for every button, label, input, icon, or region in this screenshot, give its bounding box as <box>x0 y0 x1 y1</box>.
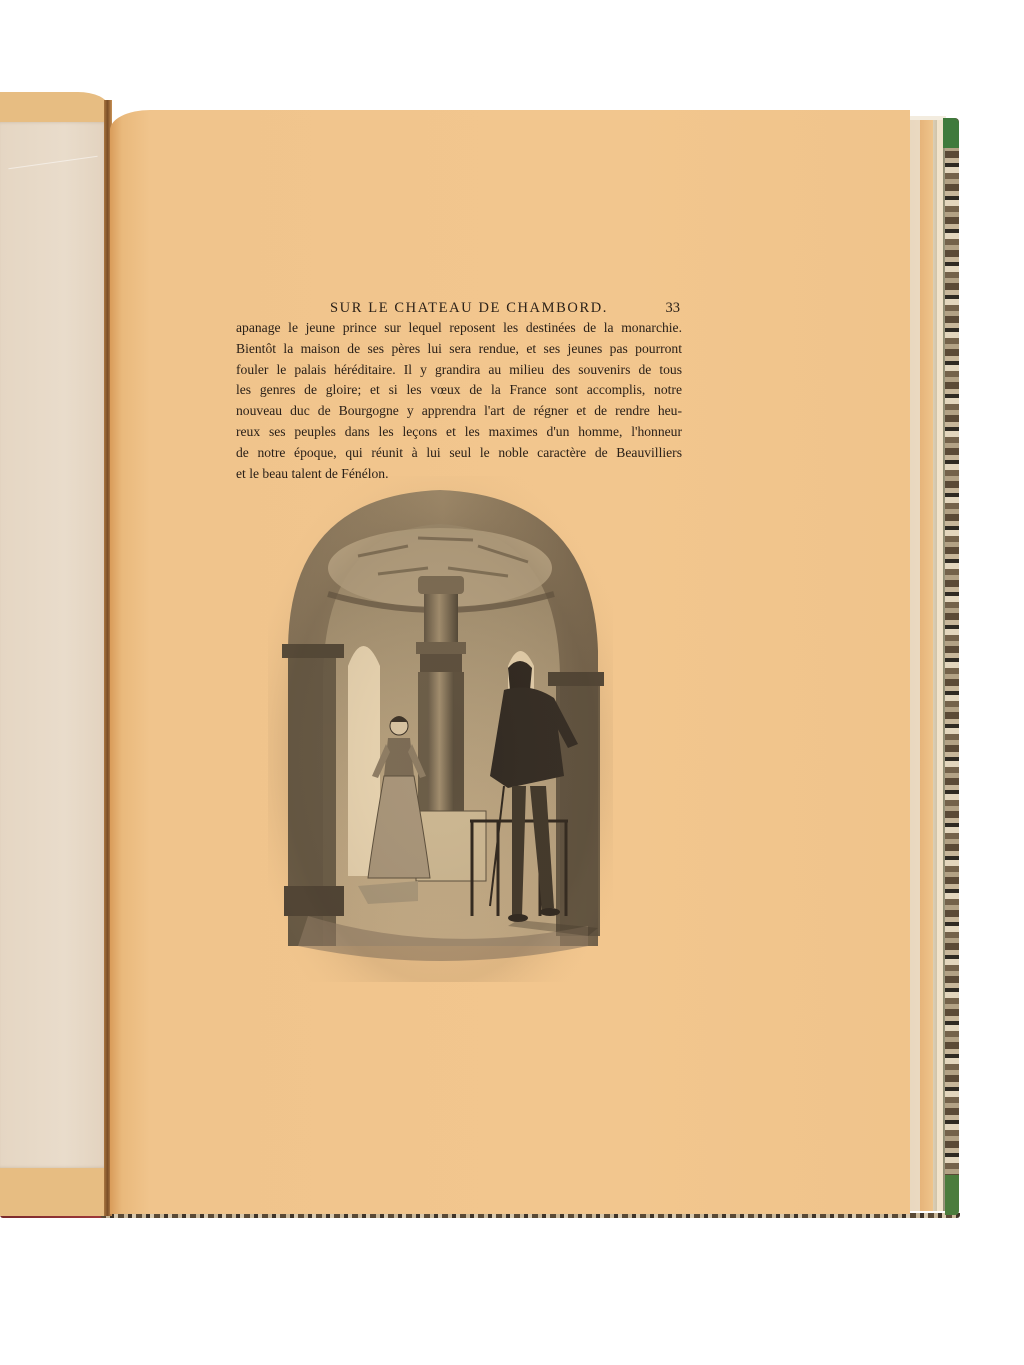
text-line: fouler le palais héréditaire. Il y grand… <box>236 360 682 381</box>
cover-corner-bottom <box>945 1175 959 1215</box>
text-line: les genres de gloire; et si les vœux de … <box>236 380 682 401</box>
cover-corner-top <box>943 118 959 148</box>
text-line: Bientôt la maison de ses pères lui sera … <box>236 339 682 360</box>
text-line: de notre époque, qui réunit à lui seul l… <box>236 443 682 464</box>
page-number: 33 <box>666 300 681 317</box>
marbled-cover-edge <box>945 118 959 1214</box>
running-title: SUR LE CHATEAU DE CHAMBORD. <box>330 300 608 317</box>
text-line: nouveau duc de Bourgogne y apprendra l'a… <box>236 401 682 422</box>
lithograph-illustration <box>268 476 613 982</box>
page-block-edges <box>906 118 946 1211</box>
page-top-edge <box>910 116 946 120</box>
tissue-guard-sheet <box>0 122 108 1168</box>
text-line: reux ses peuples dans les leçons et les … <box>236 422 682 443</box>
body-text: apanage le jeune prince sur lequel repos… <box>236 318 682 484</box>
text-line: apanage le jeune prince sur lequel repos… <box>236 318 682 339</box>
